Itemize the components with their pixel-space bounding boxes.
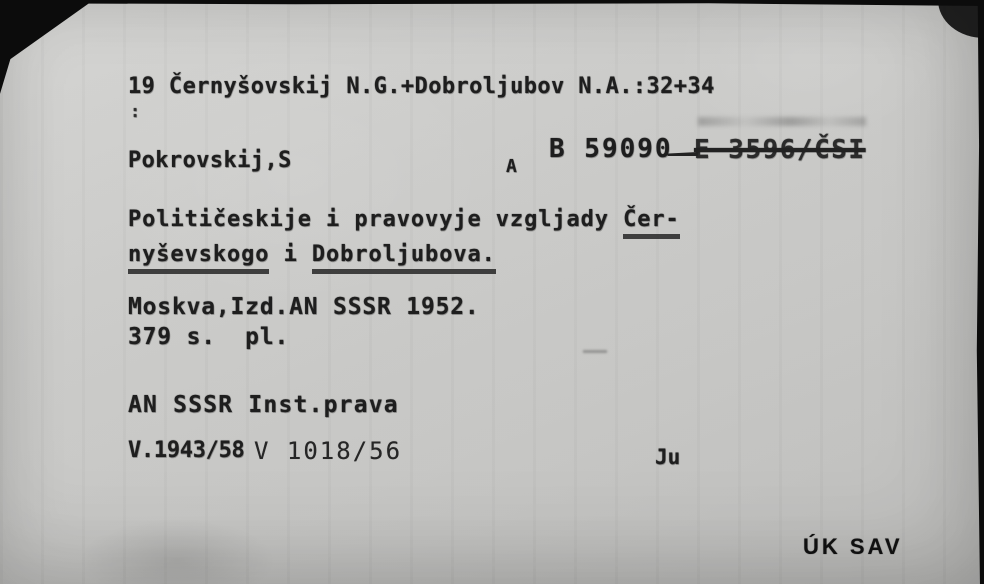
scan-edge-right bbox=[975, 0, 984, 584]
erased-text-smudge bbox=[698, 117, 866, 126]
title-line-2-underlined-2: Dobroljubova. bbox=[312, 242, 496, 274]
accession-number-1: V.1943/58 bbox=[128, 440, 245, 462]
scan-corner-top-right bbox=[938, 0, 984, 38]
annotator-initials: Ju bbox=[655, 447, 680, 468]
title-line-1-underlined: Čer- bbox=[623, 207, 680, 239]
title-line-2-underlined-1: nyševskogo bbox=[128, 242, 269, 274]
subject-heading-line: 19 Černyšovskij N.G.+Dobroljubov N.A.:32… bbox=[128, 76, 715, 98]
scan-corner-top-left bbox=[0, 0, 104, 102]
scan-edge-top bbox=[0, 0, 984, 6]
faint-dash-smudge bbox=[583, 350, 607, 353]
title-line-2: nyševskogo i Dobroljubova. bbox=[128, 244, 496, 266]
stray-colon-mark: : bbox=[130, 104, 140, 121]
corporate-author-line: AN SSSR Inst.prava bbox=[128, 394, 399, 417]
author-name: Pokrovskij,S bbox=[128, 150, 292, 172]
library-stamp: ÚK SAV bbox=[803, 536, 903, 558]
title-line-1-text: Političeskije i pravovyje vzgljady bbox=[128, 207, 623, 232]
collation-line: 379 s. pl. bbox=[128, 326, 289, 349]
catalog-card-scan: 19 Černyšovskij N.G.+Dobroljubov N.A.:32… bbox=[0, 0, 984, 584]
title-line-1: Političeskije i pravovyje vzgljady Čer- bbox=[128, 209, 680, 231]
shelfmark-current: B 59090 bbox=[549, 136, 673, 162]
shelfmark-old-struck: E 3596/ČSI bbox=[694, 137, 866, 163]
imprint-line: Moskva,Izd.AN SSSR 1952. bbox=[128, 296, 480, 319]
format-size-letter: A bbox=[506, 158, 517, 176]
title-line-2-middle: i bbox=[269, 242, 311, 267]
accession-number-2: V 1018/56 bbox=[254, 439, 402, 463]
